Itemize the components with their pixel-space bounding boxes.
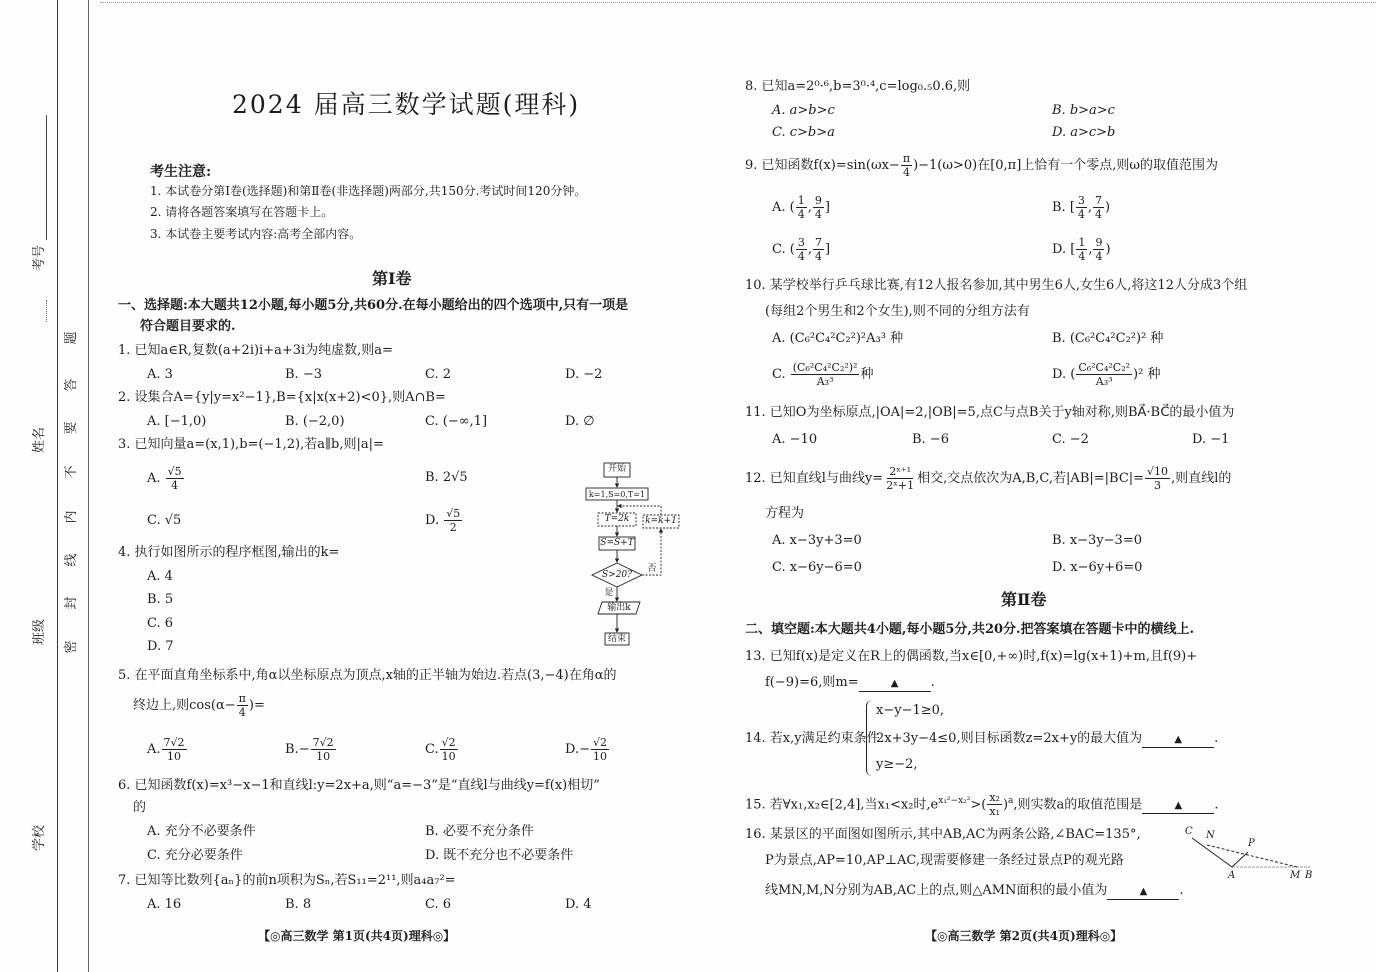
numerator: 7: [813, 236, 824, 250]
denominator: x₁: [987, 805, 1002, 818]
stem-text: 15. 若∀x₁,x₂∈[2,4],当x₁<x₂时,e: [745, 797, 938, 812]
option-a: A. 4: [147, 568, 173, 586]
option-sign: −: [299, 742, 310, 757]
numerator: π: [237, 692, 248, 706]
option-c: C. c>b>a: [772, 124, 835, 142]
fraction: (C₆²C₄²C₂²)²A₃³: [791, 361, 860, 388]
stem-text: .: [1179, 883, 1183, 898]
numerator: 7√2: [311, 736, 336, 750]
numerator: 9: [1093, 236, 1104, 250]
exam-no-label: 考号: [32, 238, 48, 278]
fraction: √54: [166, 465, 184, 492]
notice-item: 3. 本试卷主要考试内容:高考全部内容。: [150, 225, 361, 243]
denominator: 4: [796, 208, 807, 221]
question-stem-cont: P为景点,AP=10,AP⊥AC,现需要修建一条经过景点P的观光路: [765, 852, 1124, 870]
option-d: D. x−6y+6=0: [1052, 559, 1142, 577]
seal-char: 密: [64, 639, 80, 655]
option-a: A. x−3y+3=0: [772, 532, 862, 550]
part-1-title: 第Ⅰ卷: [372, 270, 412, 288]
point-n-label: N: [1206, 831, 1215, 841]
numerator: x₂: [987, 791, 1002, 805]
flowchart-shapes: [580, 458, 685, 650]
numerator: 1: [796, 194, 807, 208]
numerator: C₆²C₄²C₂²: [1076, 361, 1132, 375]
interval-open: [: [1070, 242, 1075, 257]
option-b: B. 必要不充分条件: [425, 823, 534, 841]
stem-text: 线MN,M,N分别为AB,AC上的点,则△AMN面积的最小值为: [765, 883, 1107, 898]
fraction: 74: [813, 236, 824, 263]
denominator: A₃³: [1094, 375, 1115, 388]
option-unit: )² 种: [1133, 367, 1160, 382]
denominator: 10: [591, 750, 609, 763]
notice-heading: 考生注意:: [150, 163, 211, 181]
question-stem: 5. 在平面直角坐标系中,角α以坐标原点为顶点,x轴的正半轴为始边.若点(3,−…: [118, 667, 617, 685]
question-stem: 13. 已知f(x)是定义在R上的偶函数,当x∈[0,+∞)时,f(x)=lg(…: [745, 648, 1197, 666]
question-stem: 15. 若∀x₁,x₂∈[2,4],当x₁<x₂时,ex₁²−x₂²>(x₂x₁…: [745, 786, 1218, 820]
stem-text: .: [1214, 731, 1218, 746]
stem-text: 相交,交点依次为A,B,C,若|AB|=|BC|=: [917, 471, 1144, 486]
option-a: A. a>b>c: [772, 102, 835, 120]
option-value: (C₆²C₄²C₂²)² 种: [1070, 331, 1164, 346]
denominator: 4: [169, 479, 180, 492]
flowchart-output: 输出k: [598, 603, 640, 614]
numerator: 3: [1076, 194, 1087, 208]
constraint: y≥−2,: [876, 756, 918, 774]
question-stem: 4. 执行如图所示的程序框图,输出的k=: [118, 544, 339, 562]
seal-char: 内: [64, 509, 80, 525]
fraction: 7√210: [311, 736, 336, 763]
numerator: √10: [1145, 465, 1170, 479]
numerator: 7√2: [162, 736, 187, 750]
constraint: x−y−1≥0,: [876, 702, 944, 720]
option-c: C. (C₆²C₄²C₂²)²A₃³种: [772, 358, 873, 392]
question-stem: 11. 已知O为坐标原点,|OA|=2,|OB|=5,点C与点B关于y轴对称,则…: [745, 404, 1234, 422]
seal-char: 不: [64, 464, 80, 480]
option-d: D. (C₆²C₄²C₂²A₃³)² 种: [1052, 358, 1160, 392]
fraction: 74: [1093, 194, 1104, 221]
numerator: 9: [813, 194, 824, 208]
option-b: B.−7√210: [285, 733, 337, 767]
option-sign: −: [579, 742, 590, 757]
answer-blank: ▲: [1142, 733, 1214, 748]
page-1-footer: 【◎高三数学 第1页(共4页)理科◎】: [258, 927, 455, 945]
option-label: D.: [425, 513, 439, 528]
interval-open: [: [1070, 200, 1075, 215]
option-c: C. 充分必要条件: [147, 847, 243, 865]
option-unit: 种: [860, 367, 873, 382]
interval-close: ): [1105, 242, 1110, 257]
option-b: B. (−2,0): [285, 413, 345, 431]
stem-text: ,则直线l的: [1171, 471, 1231, 486]
numerator: π: [901, 152, 912, 166]
question-stem: 6. 已知函数f(x)=x³−x−1和直线l:y=2x+a,则“a=−3”是“直…: [118, 777, 600, 795]
constraint-brace: [866, 700, 874, 776]
interval-close: ]: [825, 242, 830, 257]
option-label: A.: [147, 742, 161, 757]
question-stem: 10. 某学校举行乒乓球比赛,有12人报名参加,其中男生6人,女生6人,将这12…: [745, 277, 1247, 295]
fraction: π4: [237, 692, 248, 719]
denominator: 4: [1076, 208, 1087, 221]
denominator: 4: [237, 706, 248, 719]
denominator: 10: [165, 750, 183, 763]
interval-close: ): [1105, 200, 1110, 215]
answer-blank: ▲: [1107, 885, 1179, 900]
point-c-label: C: [1185, 827, 1193, 837]
option-label: B.: [285, 742, 299, 757]
option-label: C.: [147, 513, 161, 528]
denominator: 4: [796, 250, 807, 263]
constraint-row: 2x+3y−4≤0,则目标函数z=2x+y的最大值为▲.: [876, 730, 1218, 748]
option-a: A. (C₆²C₄²C₂²)²A₃³ 种: [772, 330, 903, 348]
option-c: C. 6: [425, 896, 451, 914]
fraction: √210: [591, 736, 609, 763]
option-b: B. 2√5: [425, 469, 468, 487]
point-b-label: B: [1305, 871, 1312, 881]
option-label: C.: [772, 242, 786, 257]
name-underline: [46, 300, 47, 322]
question-stem: 7. 已知等比数列{aₙ}的前n项积为Sₙ,若S₁₁=2¹¹,则a₄a₇²=: [118, 872, 456, 890]
question-stem: 9. 已知函数f(x)=sin(ωx−π4)−1(ω>0)在[0,π]上恰有一个…: [745, 150, 1218, 182]
option-value: √5: [165, 513, 182, 528]
fraction: x₂x₁: [987, 791, 1002, 818]
interval-open: (: [790, 242, 795, 257]
flowchart-init: k=1,S=0,T=1: [586, 489, 648, 500]
option-a: A.7√210: [147, 733, 188, 767]
option-c: C. −2: [1052, 431, 1089, 449]
stem-text: f(−9)=6,则m=: [765, 675, 859, 690]
denominator: 4: [1076, 250, 1087, 263]
option-label: A.: [772, 331, 786, 346]
option-label: C.: [425, 742, 439, 757]
fraction: 7√210: [162, 736, 187, 763]
option-c: C. 6: [147, 615, 173, 633]
option-d: D. −2: [565, 366, 602, 384]
paren-open: (: [1070, 367, 1075, 382]
option-label: B.: [425, 470, 439, 485]
fraction: C₆²C₄²C₂²A₃³: [1076, 361, 1132, 388]
denominator: 4: [901, 166, 912, 179]
option-b: B. x−3y−3=0: [1052, 532, 1142, 550]
denominator: 4: [1093, 208, 1104, 221]
denominator: 10: [440, 750, 458, 763]
option-c: C. x−6y−6=0: [772, 559, 862, 577]
question-stem-cont: 方程为: [765, 505, 804, 523]
flowchart-increment: k=k+1: [643, 516, 679, 527]
school-label: 学校: [32, 818, 48, 858]
option-d: D. a>c>b: [1052, 124, 1115, 142]
numerator: √5: [444, 507, 462, 521]
seal-char: 要: [64, 420, 80, 436]
fraction: 34: [796, 236, 807, 263]
scan-top-edge: [100, 2, 1376, 3]
stem-text: 则目标函数z=2x+y的最大值为: [961, 731, 1143, 746]
question-stem-cont: 的: [133, 799, 146, 817]
option-b: B. −6: [912, 431, 949, 449]
exponent: x₁²−x₂²: [938, 796, 970, 806]
seal-char: 封: [64, 595, 80, 611]
question-stem: 12. 已知直线l与曲线y=2ˣ⁺¹2ˣ+1相交,交点依次为A,B,C,若|AB…: [745, 462, 1231, 496]
flowchart-end: 结束: [605, 634, 629, 645]
stem-text: 9. 已知函数f(x)=sin(ωx−: [745, 158, 900, 173]
flowchart-condition: S>20?: [592, 570, 642, 581]
flowchart-step-s: S=S+T: [599, 538, 635, 549]
page-2-footer: 【◎高三数学 第2页(共4页)理科◎】: [925, 927, 1122, 945]
numerator: (C₆²C₄²C₂²)²: [791, 361, 860, 375]
fraction: π4: [901, 152, 912, 179]
binding-line-inner: [88, 0, 89, 972]
option-d: D.−√210: [565, 733, 610, 767]
stem-text: 12. 已知直线l与曲线y=: [745, 471, 883, 486]
option-b: B. 5: [147, 591, 173, 609]
denominator: 10: [314, 750, 332, 763]
question-stem: 1. 已知a∈R,复数(a+2i)i+a+3i为纯虚数,则a=: [118, 342, 393, 360]
flowchart-yes-label: 是: [603, 588, 615, 599]
denominator: 4: [813, 250, 824, 263]
flowchart-no-label: 否: [646, 564, 658, 575]
exam-no-underline: [46, 115, 47, 240]
question-stem: 2. 设集合A={y|y=x²−1},B={x|x(x+2)<0},则A∩B=: [118, 389, 446, 407]
scenic-area-diagram: C N P A M B: [1180, 825, 1315, 885]
option-label: A.: [772, 200, 786, 215]
fraction: √210: [440, 736, 458, 763]
option-b: B. b>a>c: [1052, 102, 1115, 120]
option-b: B. (C₆²C₄²C₂²)² 种: [1052, 330, 1163, 348]
fraction: 2ˣ⁺¹2ˣ+1: [884, 465, 916, 492]
seal-char: 题: [64, 330, 80, 346]
question-stem-cont: f(−9)=6,则m=▲.: [765, 674, 935, 692]
option-a: A. [−1,0): [147, 413, 206, 431]
option-value: (C₆²C₄²C₂²)²A₃³ 种: [790, 331, 903, 346]
answer-blank: ▲: [859, 677, 931, 692]
option-label: B.: [1052, 331, 1066, 346]
denominator: 2: [448, 521, 459, 534]
stem-text: )=: [249, 698, 265, 713]
section-1-instructions: 一、选择题:本大题共12小题,每小题5分,共60分.在每小题给出的四个选项中,只…: [118, 297, 628, 315]
option-d: D. [14,94): [1052, 233, 1111, 267]
question-stem-cont: (每组2个男生和2个女生),则不同的分组方法有: [765, 303, 1030, 321]
constraint: 2x+3y−4≤0,: [876, 731, 961, 746]
exam-title: 2024 届高三数学试题(理科): [232, 90, 580, 120]
option-d: D. −1: [1192, 431, 1229, 449]
option-label: C.: [772, 367, 786, 382]
option-label: D.: [565, 742, 579, 757]
seal-char: 线: [64, 552, 80, 568]
denominator: 4: [813, 208, 824, 221]
denominator: 4: [1093, 250, 1104, 263]
numerator: 2ˣ⁺¹: [887, 465, 913, 479]
denominator: A₃³: [815, 375, 836, 388]
stem-text: >(: [970, 797, 986, 812]
numerator: 3: [796, 236, 807, 250]
point-a-label: A: [1228, 871, 1235, 881]
binding-line-outer: [57, 0, 58, 972]
option-b: B. 8: [285, 896, 311, 914]
option-a: A. 16: [147, 896, 181, 914]
notice-item: 1. 本试卷分第Ⅰ卷(选择题)和第Ⅱ卷(非选择题)两部分,共150分.考试时间1…: [150, 182, 586, 200]
seal-char: 答: [64, 377, 80, 393]
name-label: 姓名: [32, 420, 48, 460]
option-b: B. −3: [285, 366, 322, 384]
option-label: A.: [147, 471, 161, 486]
section-2-instructions: 二、填空题:本大题共4小题,每小题5分,共20分.把答案填在答题卡中的横线上.: [745, 621, 1194, 639]
section-1-instructions-cont: 符合题目要求的.: [140, 318, 236, 336]
fraction: 34: [1076, 194, 1087, 221]
part-2-title: 第Ⅱ卷: [1001, 591, 1047, 609]
option-a: A. −10: [772, 431, 817, 449]
interval-close: ]: [825, 200, 830, 215]
question-stem: 16. 某景区的平面图如图所示,其中AB,AC为两条公路,∠BAC=135°,: [745, 826, 1141, 844]
stem-text: .: [1214, 797, 1218, 812]
question-stem: 8. 已知a=2⁰·⁶,b=3⁰·⁴,c=log₀.₅0.6,则: [745, 78, 970, 96]
class-label: 班级: [32, 612, 48, 652]
flowchart-step-t: T=2k: [598, 514, 636, 525]
option-label: B.: [1052, 200, 1066, 215]
option-a: A. 3: [147, 366, 173, 384]
numerator: 7: [1093, 194, 1104, 208]
fraction: 14: [796, 194, 807, 221]
flowchart-start: 开始: [604, 464, 630, 475]
program-flowchart: 开始 k=1,S=0,T=1 T=2k k=k+1 S=S+T S>20? 否 …: [580, 458, 685, 650]
point-p-label: P: [1248, 839, 1255, 849]
fraction: 14: [1076, 236, 1087, 263]
option-d: D. √52: [425, 504, 463, 538]
option-c: C. (−∞,1]: [425, 413, 487, 431]
point-m-label: M: [1290, 871, 1300, 881]
stem-text: .: [931, 675, 935, 690]
question-stem-cont: 终边上,则cos(α−π4)=: [133, 690, 265, 722]
option-label: D.: [1052, 242, 1066, 257]
option-c: C. √5: [147, 512, 181, 530]
notice-item: 2. 请将各题答案填写在答题卡上。: [150, 203, 333, 221]
interval-open: (: [790, 200, 795, 215]
option-d: D. 7: [147, 638, 174, 656]
option-label: D.: [1052, 367, 1066, 382]
option-a: A. 充分不必要条件: [147, 823, 256, 841]
denominator: 2ˣ+1: [884, 479, 916, 492]
option-c: C.√210: [425, 733, 459, 767]
numerator: √2: [440, 736, 458, 750]
stem-text: 终边上,则cos(α−: [133, 698, 236, 713]
fraction: √52: [444, 507, 462, 534]
option-d: D. 4: [565, 896, 592, 914]
stem-text: ,则实数a的取值范围是: [1013, 797, 1142, 812]
numerator: √2: [591, 736, 609, 750]
fraction: 94: [1093, 236, 1104, 263]
question-stem: 14. 若x,y满足约束条件: [745, 730, 880, 748]
option-b: B. [34,74): [1052, 191, 1110, 225]
stem-text: )−1(ω>0)在[0,π]上恰有一个零点,则ω的取值范围为: [913, 158, 1218, 173]
option-c: C. 2: [425, 366, 451, 384]
option-a: A. (14,94]: [772, 191, 830, 225]
fraction: 94: [813, 194, 824, 221]
option-value: 2√5: [443, 470, 468, 485]
option-a: A. √54: [147, 462, 185, 496]
question-stem-cont: 线MN,M,N分别为AB,AC上的点,则△AMN面积的最小值为▲.: [765, 882, 1184, 900]
option-d: D. 既不充分也不必要条件: [425, 847, 573, 865]
numerator: √5: [166, 465, 184, 479]
option-c: C. (34,74]: [772, 233, 830, 267]
numerator: 1: [1076, 236, 1087, 250]
answer-blank: ▲: [1142, 799, 1214, 814]
fraction: √103: [1145, 465, 1170, 492]
denominator: 3: [1152, 479, 1163, 492]
option-d: D. ∅: [565, 413, 595, 431]
question-stem: 3. 已知向量a=(x,1),b=(−1,2),若a∥b,则|a|=: [118, 436, 384, 454]
